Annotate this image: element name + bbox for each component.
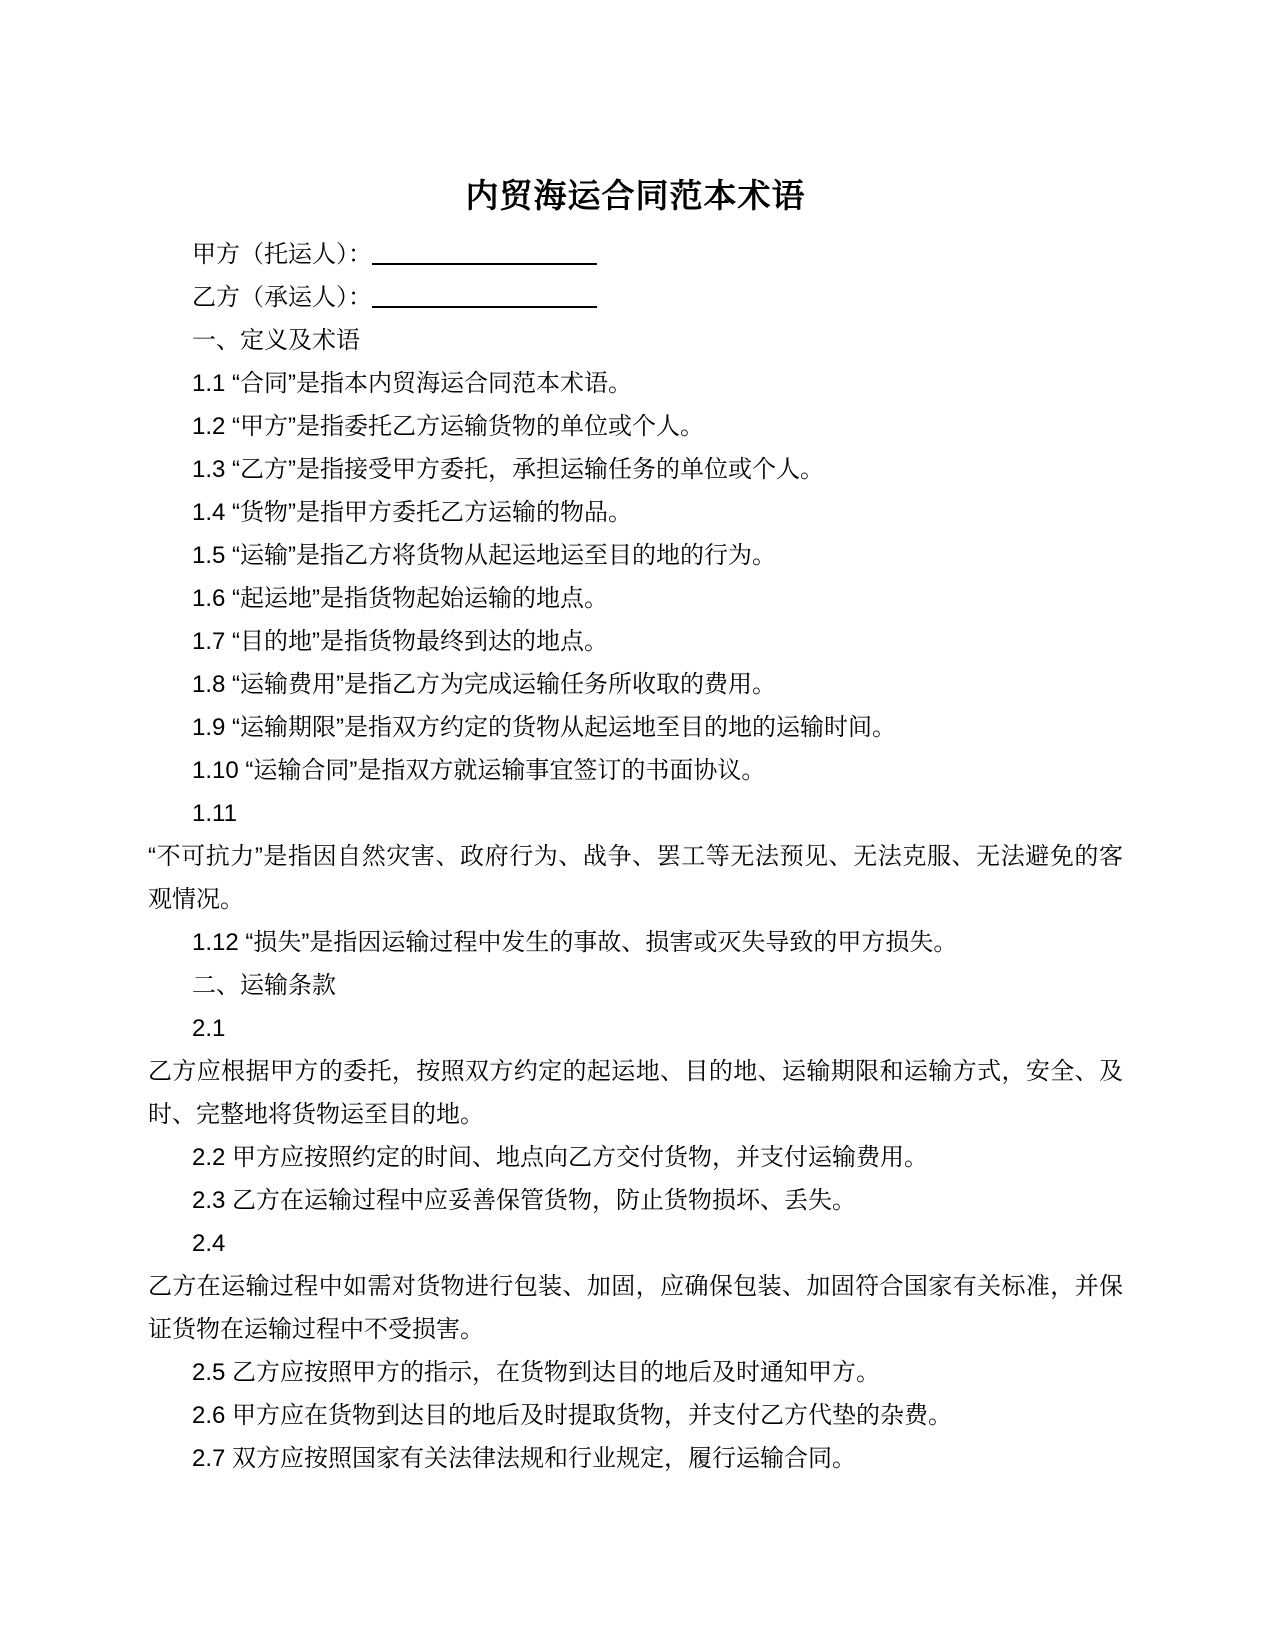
clause-1-7: 1.7 “目的地”是指货物最终到达的地点。 <box>148 620 1123 663</box>
party-a-label: 甲方（托运人）： <box>192 241 372 268</box>
section-1-heading: 一、定义及术语 <box>148 319 1123 362</box>
document-page: 内贸海运合同范本术语 甲方（托运人）： 乙方（承运人）： 一、定义及术语 1.1… <box>0 0 1275 1650</box>
clause-2-1-number: 2.1 <box>148 1007 1123 1050</box>
clause-1-8: 1.8 “运输费用”是指乙方为完成运输任务所收取的费用。 <box>148 663 1123 706</box>
document-title: 内贸海运合同范本术语 <box>148 174 1123 218</box>
clause-1-11-text: “不可抗力”是指因自然灾害、政府行为、战争、罢工等无法预见、无法克服、无法避免的… <box>148 835 1123 921</box>
clause-2-5: 2.5 乙方应按照甲方的指示，在货物到达目的地后及时通知甲方。 <box>148 1351 1123 1394</box>
party-a-line: 甲方（托运人）： <box>148 233 1123 276</box>
clause-1-4: 1.4 “货物”是指甲方委托乙方运输的物品。 <box>148 491 1123 534</box>
clause-2-6: 2.6 甲方应在货物到达目的地后及时提取货物，并支付乙方代垫的杂费。 <box>148 1394 1123 1437</box>
clause-2-4-number: 2.4 <box>148 1222 1123 1265</box>
clause-2-1-text: 乙方应根据甲方的委托，按照双方约定的起运地、目的地、运输期限和运输方式，安全、及… <box>148 1050 1123 1136</box>
clause-1-9: 1.9 “运输期限”是指双方约定的货物从起运地至目的地的运输时间。 <box>148 706 1123 749</box>
clause-1-10: 1.10 “运输合同”是指双方就运输事宜签订的书面协议。 <box>148 749 1123 792</box>
party-b-line: 乙方（承运人）： <box>148 276 1123 319</box>
clause-1-12: 1.12 “损失”是指因运输过程中发生的事故、损害或灭失导致的甲方损失。 <box>148 921 1123 964</box>
clause-1-11-number: 1.11 <box>148 792 1123 835</box>
section-2-heading: 二、运输条款 <box>148 964 1123 1007</box>
clause-1-1: 1.1 “合同”是指本内贸海运合同范本术语。 <box>148 362 1123 405</box>
party-a-blank-line <box>372 239 597 265</box>
clause-1-3: 1.3 “乙方”是指接受甲方委托，承担运输任务的单位或个人。 <box>148 448 1123 491</box>
clause-1-6: 1.6 “起运地”是指货物起始运输的地点。 <box>148 577 1123 620</box>
clause-1-5: 1.5 “运输”是指乙方将货物从起运地运至目的地的行为。 <box>148 534 1123 577</box>
clause-2-2: 2.2 甲方应按照约定的时间、地点向乙方交付货物，并支付运输费用。 <box>148 1136 1123 1179</box>
clause-2-7: 2.7 双方应按照国家有关法律法规和行业规定，履行运输合同。 <box>148 1437 1123 1480</box>
party-b-blank-line <box>372 282 597 308</box>
clause-2-4-text: 乙方在运输过程中如需对货物进行包装、加固，应确保包装、加固符合国家有关标准，并保… <box>148 1265 1123 1351</box>
clause-2-3: 2.3 乙方在运输过程中应妥善保管货物，防止货物损坏、丢失。 <box>148 1179 1123 1222</box>
party-b-label: 乙方（承运人）： <box>192 284 372 311</box>
clause-1-2: 1.2 “甲方”是指委托乙方运输货物的单位或个人。 <box>148 405 1123 448</box>
